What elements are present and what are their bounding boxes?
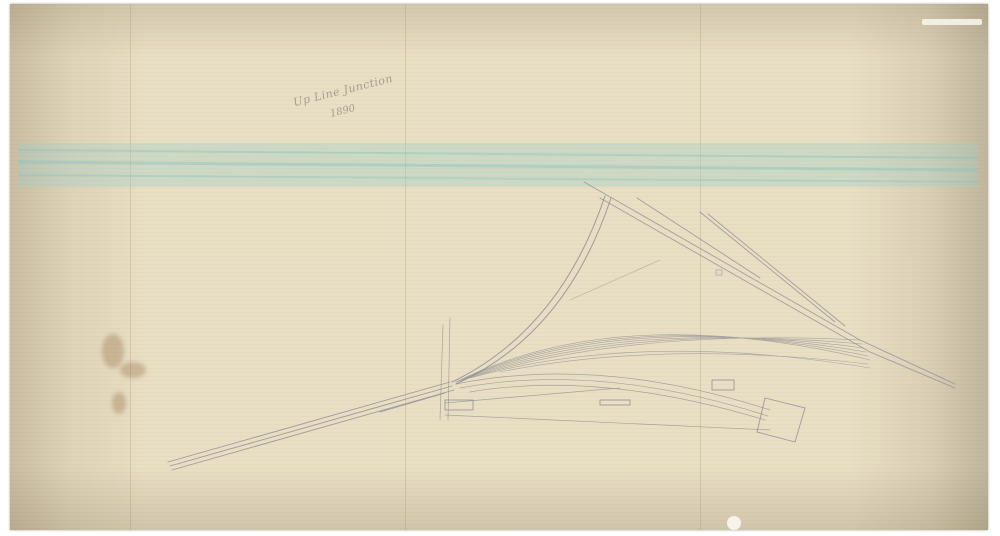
triangle-north-lines — [584, 182, 955, 388]
waterway-band — [18, 143, 978, 187]
railway-yard-sidings — [456, 335, 870, 382]
railway-main-line — [168, 382, 454, 470]
signal-box — [716, 270, 722, 275]
lower-sidings — [445, 374, 770, 430]
railway-lines — [168, 182, 955, 470]
plan-drawing — [0, 0, 1000, 536]
